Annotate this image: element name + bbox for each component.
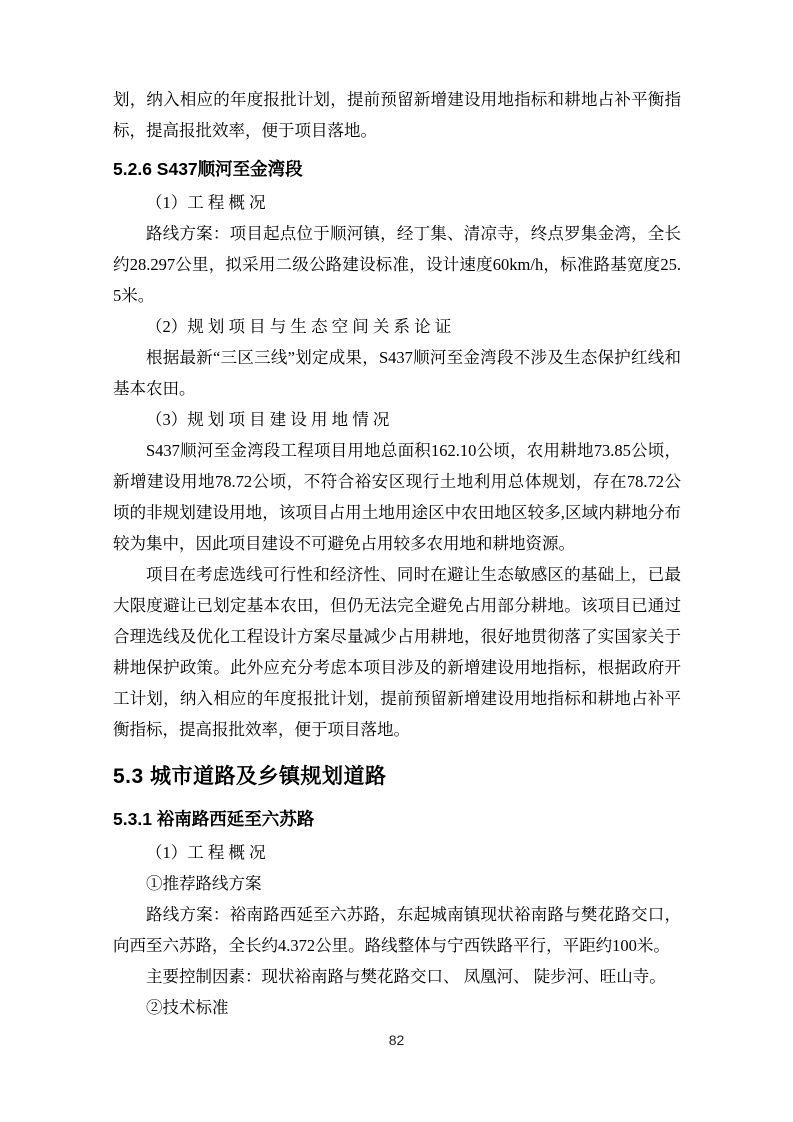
paragraph-route-plan: 路线方案：项目起点位于顺河镇，经丁集、清凉寺，终点罗集金湾，全长约28.297公… bbox=[113, 218, 681, 311]
subheading-engineering-overview-2: （1）工 程 概 况 bbox=[113, 837, 681, 868]
section-heading-5-3: 5.3 城市道路及乡镇规划道路 bbox=[113, 762, 681, 792]
document-content: 划，纳入相应的年度报批计划，提前预留新增建设用地指标和耕地占补平衡指标，提高报批… bbox=[113, 84, 681, 1023]
paragraph-farmland-mitigation: 项目在考虑选线可行性和经济性、同时在避让生态敏感区的基础上，已最大限度避让已划定… bbox=[113, 559, 681, 745]
paragraph-control-factors: 主要控制因素：现状裕南路与樊花路交口、 凤凰河、 陡步河、旺山寺。 bbox=[113, 961, 681, 992]
paragraph-route-plan-2: 路线方案：裕南路西延至六苏路，东起城南镇现状裕南路与樊花路交口，向西至六苏路，全… bbox=[113, 899, 681, 961]
continued-paragraph: 划，纳入相应的年度报批计划，提前预留新增建设用地指标和耕地占补平衡指标，提高报批… bbox=[113, 84, 681, 146]
page-number: 82 bbox=[389, 1032, 405, 1048]
paragraph-three-zones-three-lines: 根据最新“三区三线”划定成果，S437顺河至金湾段不涉及生态保护红线和基本农田。 bbox=[113, 342, 681, 404]
subheading-engineering-overview: （1）工 程 概 况 bbox=[113, 187, 681, 218]
subheading-ecological-space-argument: （2）规 划 项 目 与 生 态 空 间 关 系 论 证 bbox=[113, 311, 681, 342]
section-heading-5-2-6: 5.2.6 S437顺河至金湾段 bbox=[113, 156, 681, 182]
subitem-recommended-route-plan: ①推荐路线方案 bbox=[113, 868, 681, 899]
paragraph-land-area-figures: S437顺河至金湾段工程项目用地总面积162.10公顷，农用耕地73.85公顷，… bbox=[113, 435, 681, 559]
page-footer: 82 bbox=[0, 1032, 793, 1050]
subheading-construction-land-use: （3）规 划 项 目 建 设 用 地 情 况 bbox=[113, 404, 681, 435]
document-page: 划，纳入相应的年度报批计划，提前预留新增建设用地指标和耕地占补平衡指标，提高报批… bbox=[0, 0, 793, 1122]
section-heading-5-3-1: 5.3.1 裕南路西延至六苏路 bbox=[113, 806, 681, 832]
subitem-technical-standard: ②技术标准 bbox=[113, 992, 681, 1023]
